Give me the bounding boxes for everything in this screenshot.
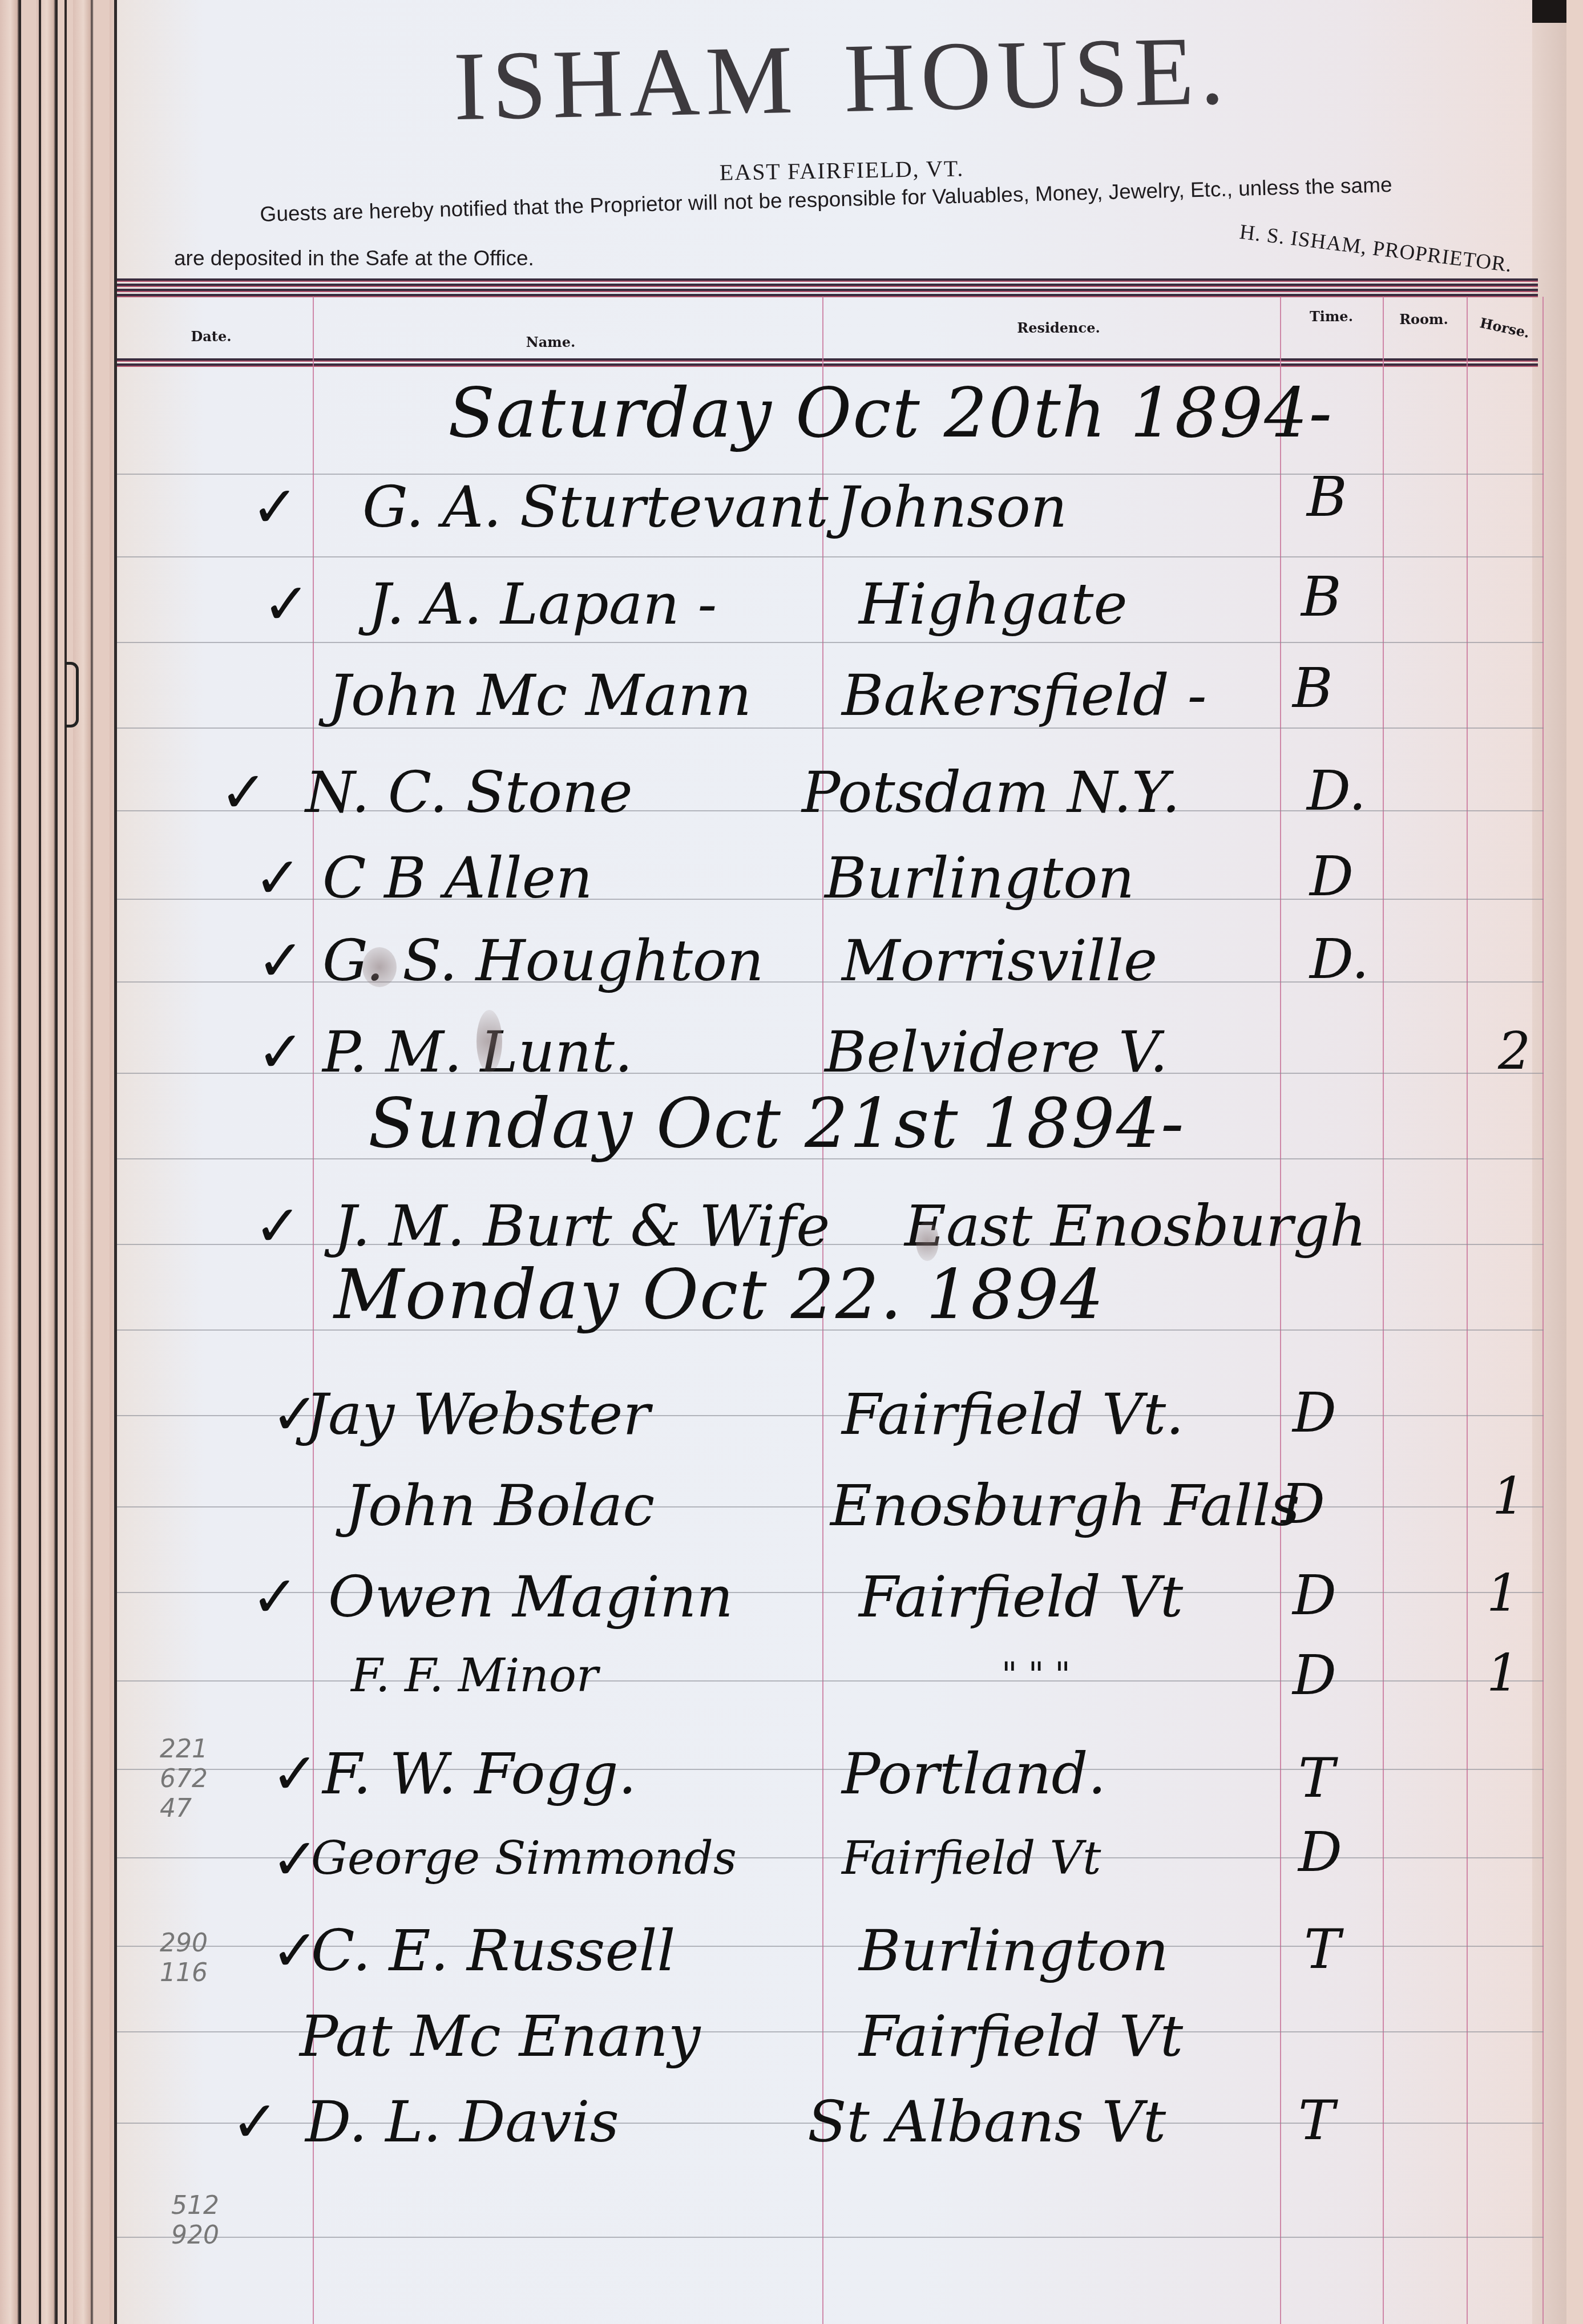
column-header-date: Date. [191,328,231,345]
page-edge-line [64,0,67,2324]
entry-residence: Portland. [842,1740,1106,1807]
entry-residence: St Albans Vt [807,2088,1166,2155]
column-header-room: Room. [1399,311,1448,328]
entry-residence: Burlington [825,844,1134,911]
entry-name: D. L. Davis [305,2088,619,2155]
entry-name: John Mc Mann [328,662,752,729]
ruled-line [117,642,1544,643]
entry-residence: East Enosburgh [904,1193,1366,1259]
entry-check: ✓ [257,927,305,994]
bracket-mark [66,662,79,727]
entry-residence: Johnson [836,474,1067,540]
entry-time-code: D [1293,1381,1336,1445]
entry-horse-count: 1 [1487,1563,1519,1623]
entry-time-code: D [1293,1643,1336,1707]
header-rule-bottom [117,358,1538,369]
entry-residence: Potsdam N.Y. [802,759,1180,826]
column-header-time: Time. [1310,308,1353,325]
col-rule-residence-time [1280,297,1281,2324]
column-header-name: Name. [526,334,576,350]
entry-name: C B Allen [322,844,592,911]
day-header-saturday: Saturday Oct 20th 1894- [448,374,1333,453]
entry-name: Jay Webster [305,1381,650,1448]
column-header-residence: Residence. [1017,320,1100,336]
ink-stain [916,1221,939,1261]
margin-note-pencil: 290 116 [160,1929,208,1988]
entry-time-code: T [1298,1746,1335,1810]
entry-check: ✓ [254,844,302,911]
ruled-line [117,556,1544,557]
entry-time-code: D [1310,844,1354,908]
register-page: ISHAMHOUSE. EAST FAIRFIELD, VT. Guests a… [114,0,1566,2324]
entry-residence: Bakersfield - [842,662,1206,729]
entry-check: ✓ [220,759,268,826]
entry-residence-ditto: " " " [1002,1655,1071,1695]
col-rule-room-horse [1467,297,1468,2324]
entry-time-code: T [1298,2088,1335,2152]
column-header-horse: Horse. [1479,314,1532,341]
entry-residence: Fairfield Vt. [842,1381,1184,1448]
entry-horse-count: 1 [1492,1466,1525,1526]
margin-note-pencil: 221 672 47 [160,1735,208,1824]
margin-note-pencil: 512 920 [171,2191,219,2250]
col-rule-time-room [1383,297,1384,2324]
entry-name: George Simmonds [311,1832,737,1885]
entry-time-code: D [1293,1563,1336,1627]
day-header-sunday: Sunday Oct 21st 1894- [368,1084,1185,1163]
liability-notice-cont: are deposited in the Safe at the Office. [174,246,534,270]
book-page-edges [0,0,117,2324]
entry-name: John Bolac [345,1472,655,1539]
hotel-title: ISHAMHOUSE. [116,7,1568,150]
page-edge-line [39,0,41,2324]
entry-name: F. W. Fogg. [322,1740,636,1807]
page-edge-line [19,0,21,2324]
entry-residence: Fairfield Vt [859,1563,1183,1630]
ink-stain [476,1010,502,1073]
ruled-line [117,2237,1544,2238]
entry-time-code: D [1281,1472,1325,1536]
col-rule-horse-end [1542,297,1544,2324]
entry-check: ✓ [263,571,310,637]
entry-name: J. M. Burt & Wife [334,1193,830,1259]
entry-time-code: B [1301,565,1342,629]
entry-residence: Fairfield Vt [842,1832,1101,1885]
entry-check: ✓ [251,474,299,540]
entry-time-code: D. [1307,759,1366,823]
entry-residence: Enosburgh Falls [830,1472,1300,1539]
entry-horse-count: 1 [1487,1643,1519,1703]
entry-check: ✓ [254,1193,302,1259]
entry-check: ✓ [251,1563,299,1630]
entry-time-code: D [1298,1820,1342,1884]
entry-name: Pat Mc Enany [300,2003,701,2070]
entry-time-code: D. [1310,927,1369,991]
ink-stain [362,947,397,987]
entry-name: G. A. Sturtevant [362,474,829,540]
entry-check: ✓ [231,2088,279,2155]
entry-name: Owen Maginn [328,1563,733,1630]
entry-check: ✓ [271,1740,319,1807]
entry-time-code: B [1307,465,1347,529]
entry-name: J. A. Lapan - [368,571,717,637]
entry-horse-count: 2 [1498,1021,1530,1081]
entry-residence: Morrisville [842,927,1157,994]
entry-check: ✓ [257,1018,305,1085]
title-word-1: ISHAM [453,26,799,142]
header-rule-top [117,278,1538,299]
entry-residence: Belvidere V. [825,1018,1168,1085]
page-curl-shadow [1532,0,1566,2324]
title-word-2: HOUSE. [843,17,1231,133]
entry-residence: Highgate [859,571,1128,637]
entry-time-code: T [1304,1917,1340,1981]
entry-name: N. C. Stone [305,759,633,826]
entry-time-code: B [1293,656,1333,720]
entry-residence: Burlington [859,1917,1169,1984]
day-header-monday: Monday Oct 22. 1894 [334,1255,1105,1335]
entry-residence: Fairfield Vt [859,2003,1183,2070]
entry-name: F. F. Minor [351,1649,598,1702]
page-edge-line [55,0,58,2324]
entry-name: C. E. Russell [311,1917,676,1984]
proprietor-signature: H. S. ISHAM, PROPRIETOR. [1238,220,1513,277]
